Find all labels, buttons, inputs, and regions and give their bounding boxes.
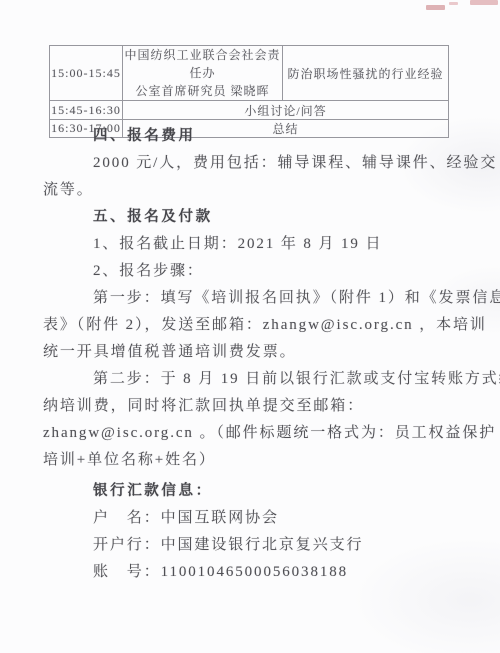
- body-line: 纳培训费，同时将汇款回执单提交至邮箱：: [43, 393, 457, 420]
- body-line-bank-branch: 开户行：中国建设银行北京复兴支行: [43, 532, 457, 559]
- red-scan-artifact: [470, 0, 498, 5]
- body-line: 2000 元/人，费用包括：辅导课程、辅导课件、经验交: [43, 150, 457, 177]
- body-line-email: 表》（附件 2），发送至邮箱：zhangw@isc.org.cn ，本培训: [43, 312, 457, 339]
- red-scan-artifact: [449, 2, 458, 5]
- table-row: 15:00-15:45 中国纺织工业联合会社会责任办 公室首席研究员 梁晓晖 防…: [50, 46, 449, 101]
- body-line-deadline: 1、报名截止日期：2021 年 8 月 19 日: [43, 231, 457, 258]
- body-line-steps: 2、报名步骤：: [43, 258, 457, 285]
- time-cell: 15:45-16:30: [50, 101, 123, 120]
- body-line: 流等。: [43, 177, 457, 204]
- body-line: 培训+单位名称+姓名）: [43, 447, 457, 474]
- topic-cell: 防治职场性骚扰的行业经验: [283, 46, 449, 101]
- body-line-account-name: 户 名：中国互联网协会: [43, 505, 457, 532]
- session-cell: 小组讨论/问答: [123, 101, 449, 120]
- body-line-email: zhangw@isc.org.cn 。（邮件标题统一格式为：员工权益保护: [43, 420, 457, 447]
- body-line-step2: 第二步：于 8 月 19 日前以银行汇款或支付宝转账方式缴: [43, 366, 457, 393]
- section-heading-payment: 五、报名及付款: [43, 204, 457, 231]
- time-cell: 15:00-15:45: [50, 46, 123, 101]
- document-body: 四、报名费用 2000 元/人，费用包括：辅导课程、辅导课件、经验交 流等。 五…: [43, 123, 457, 586]
- body-line-account-number: 账 号：11001046500056038188: [43, 559, 457, 586]
- speaker-line-1: 中国纺织工业联合会社会责任办: [123, 46, 282, 82]
- document-page: 15:00-15:45 中国纺织工业联合会社会责任办 公室首席研究员 梁晓晖 防…: [0, 0, 500, 653]
- body-line-step1: 第一步：填写《培训报名回执》（附件 1）和《发票信息: [43, 285, 457, 312]
- body-line: 统一开具增值税普通培训费发票。: [43, 339, 457, 366]
- red-scan-artifact: [426, 5, 445, 10]
- section-heading-bank: 银行汇款信息：: [43, 478, 457, 505]
- speaker-line-2: 公室首席研究员 梁晓晖: [123, 82, 282, 100]
- speaker-cell: 中国纺织工业联合会社会责任办 公室首席研究员 梁晓晖: [123, 46, 283, 101]
- section-heading-fee: 四、报名费用: [43, 123, 457, 150]
- table-row: 15:45-16:30 小组讨论/问答: [50, 101, 449, 120]
